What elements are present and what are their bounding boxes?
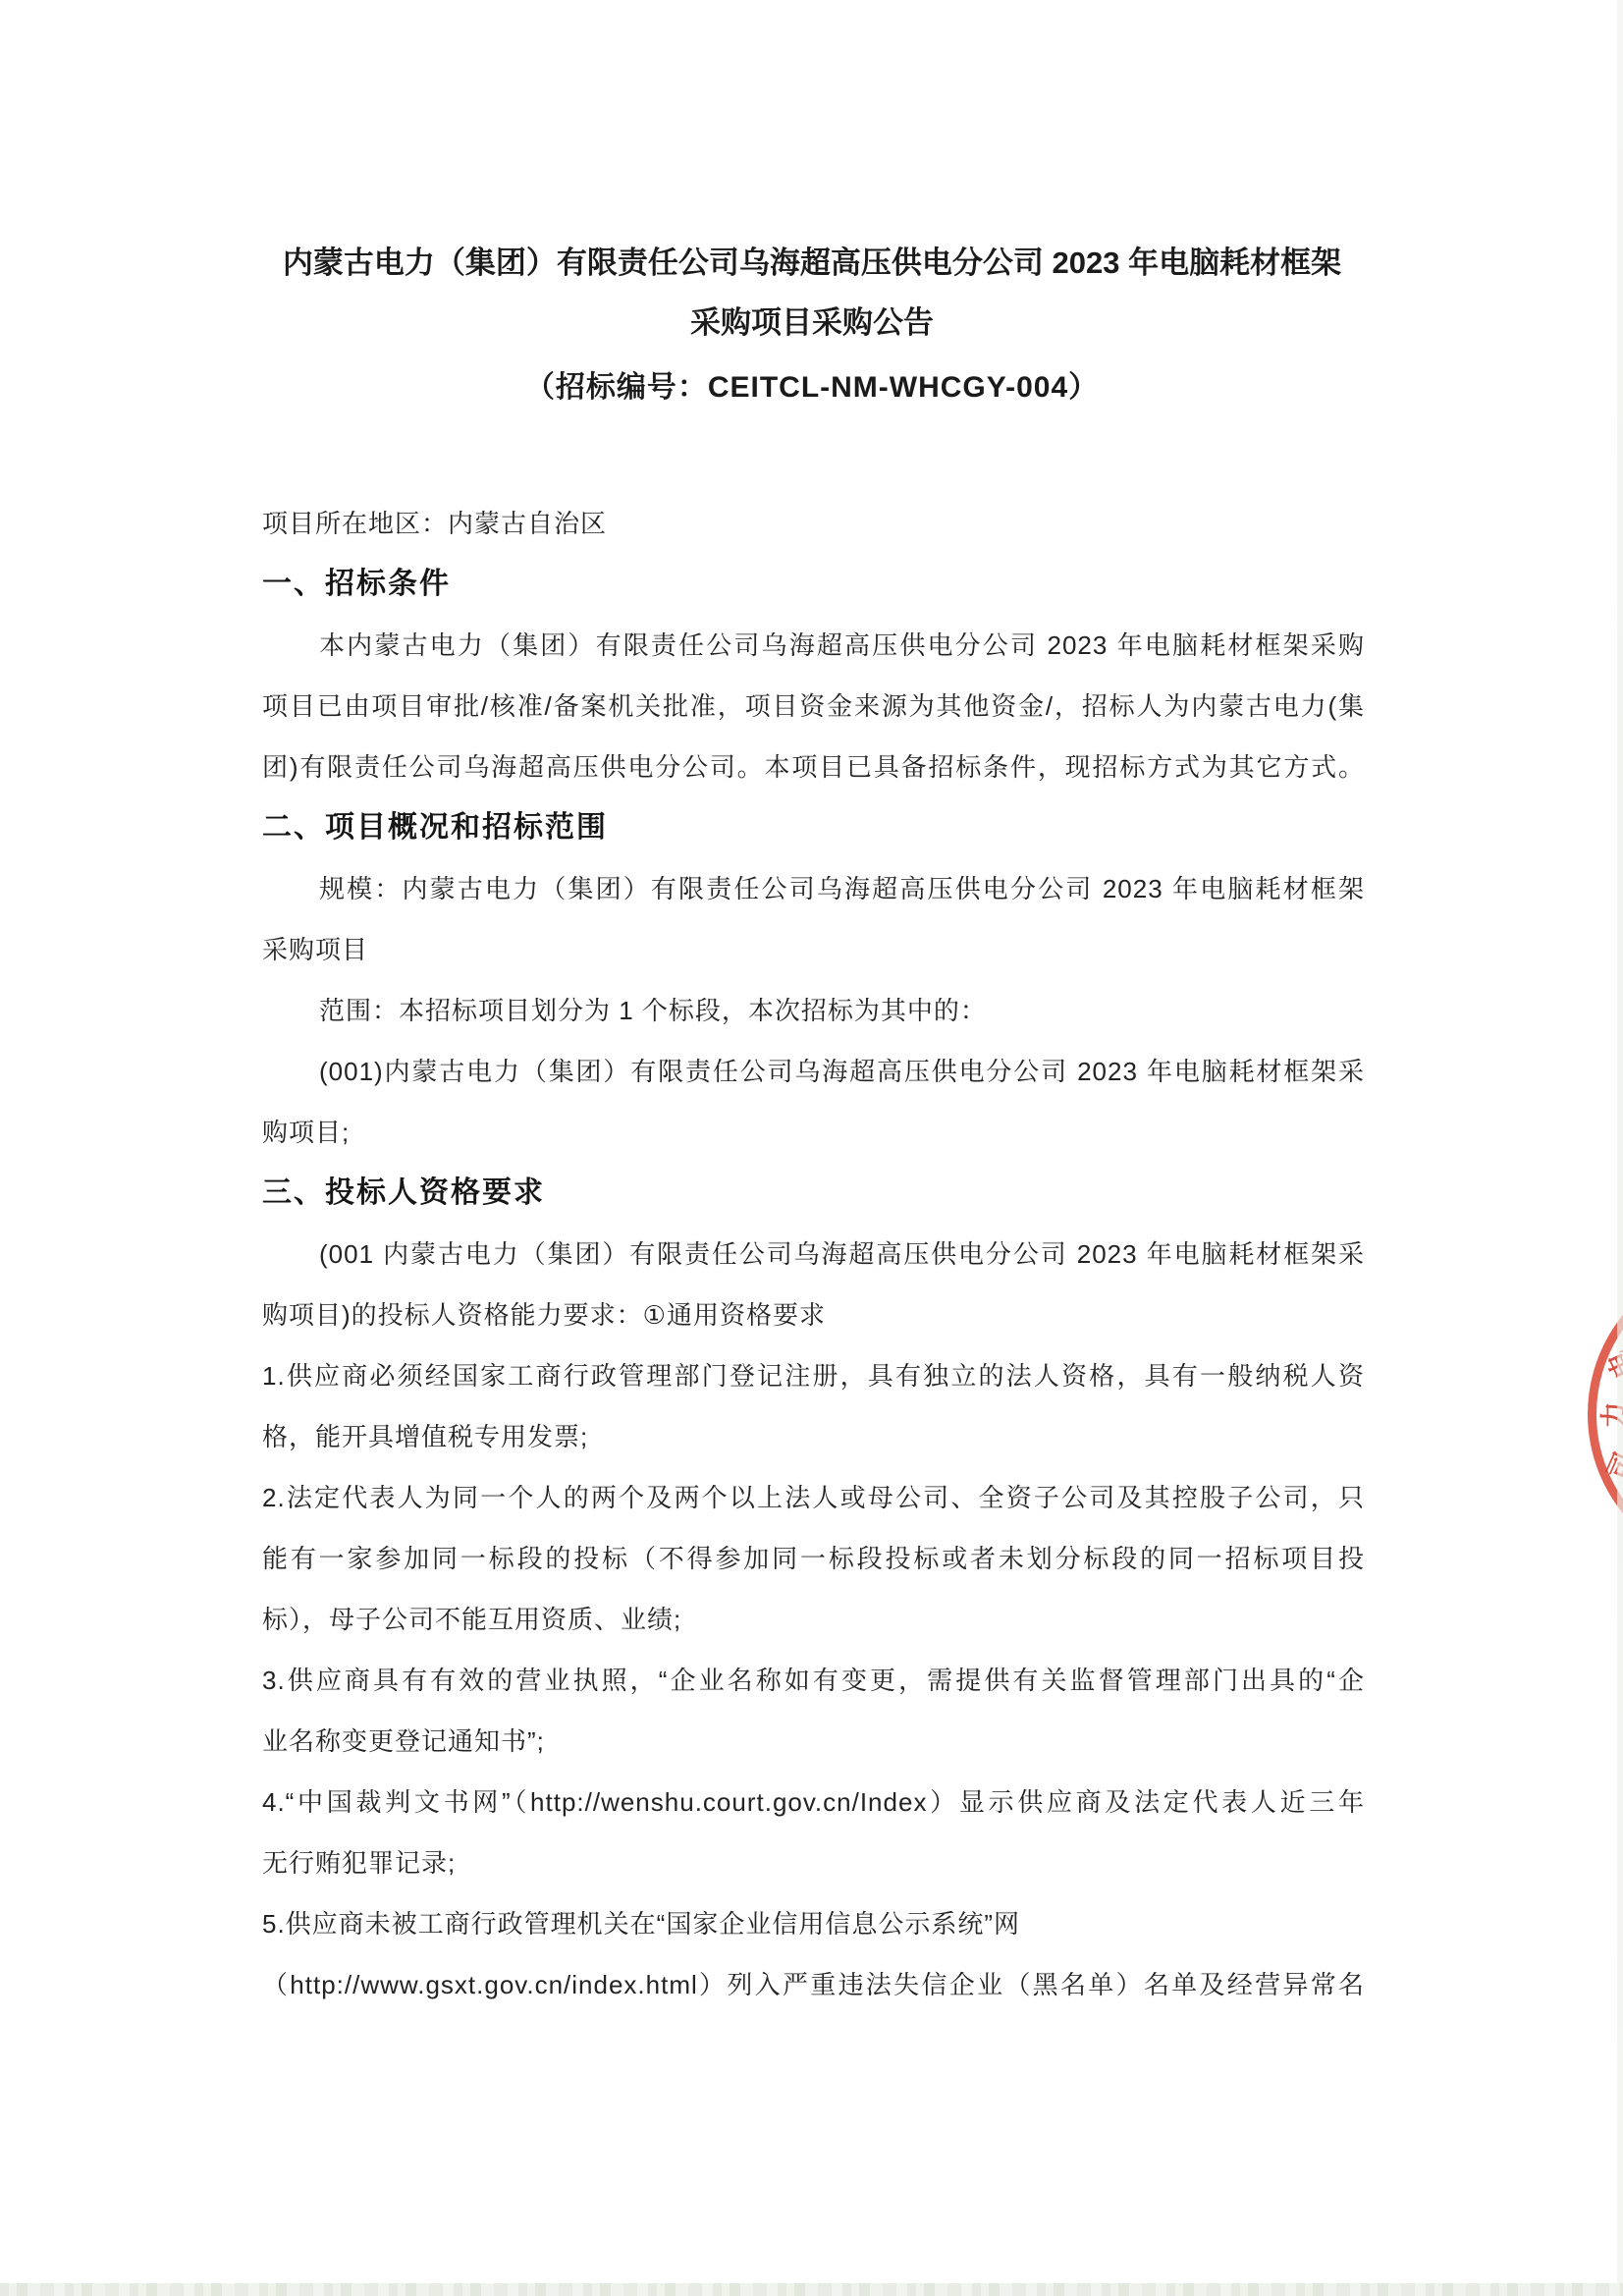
document-title-line-1: 内蒙古电力（集团）有限责任公司乌海超高压供电分公司 2023 年电脑耗材框架 <box>259 236 1365 291</box>
body-line: 三、投标人资格要求 <box>262 1163 1365 1224</box>
body-line: 团)有限责任公司乌海超高压供电分公司。本项目已具备招标条件，现招标方式为其它方式… <box>262 737 1365 797</box>
body-line: 项目已由项目审批/核准/备案机关批准，项目资金来源为其他资金/，招标人为内蒙古电… <box>262 676 1365 737</box>
scan-edge-artifact <box>1617 0 1623 2296</box>
body-line: 格，能开具增值税专用发票; <box>262 1406 1365 1467</box>
scan-noise-band <box>0 2283 1623 2296</box>
body-line: 一、招标条件 <box>262 554 1365 615</box>
body-line: 能有一家参加同一标段的投标（不得参加同一标段投标或者未划分标段的同一招标项目投 <box>262 1528 1365 1589</box>
body-line: 规模：内蒙古电力（集团）有限责任公司乌海超高压供电分公司 2023 年电脑耗材框… <box>262 858 1365 919</box>
body-line: 本内蒙古电力（集团）有限责任公司乌海超高压供电分公司 2023 年电脑耗材框架采… <box>262 615 1365 676</box>
document-body: 项目所在地区：内蒙古自治区一、招标条件本内蒙古电力（集团）有限责任公司乌海超高压… <box>262 493 1365 2015</box>
body-line: （http://www.gsxt.gov.cn/index.html）列入严重违… <box>262 1954 1365 2015</box>
body-line: 2.法定代表人为同一个人的两个及两个以上法人或母公司、全资子公司及其控股子公司，… <box>262 1467 1365 1528</box>
body-line: 1.供应商必须经国家工商行政管理部门登记注册，具有独立的法人资格，具有一般纳税人… <box>262 1345 1365 1406</box>
tender-number-line: （招标编号：CEITCL-NM-WHCGY-004） <box>259 360 1365 415</box>
body-line: (001 内蒙古电力（集团）有限责任公司乌海超高压供电分公司 2023 年电脑耗… <box>262 1224 1365 1285</box>
body-line: 5.供应商未被工商行政管理机关在“国家企业信用信息公示系统”网 <box>262 1893 1365 1954</box>
document-title-line-2: 采购项目采购公告 <box>259 296 1365 351</box>
body-line: 项目所在地区：内蒙古自治区 <box>262 493 1365 554</box>
body-line: 购项目)的投标人资格能力要求：①通用资格要求 <box>262 1285 1365 1345</box>
body-line: 范围：本招标项目划分为 1 个标段，本次招标为其中的： <box>262 980 1365 1041</box>
body-line: 购项目; <box>262 1102 1365 1163</box>
body-line: 3.供应商具有有效的营业执照，“企业名称如有变更，需提供有关监督管理部门出具的“… <box>262 1650 1365 1711</box>
body-line: 业名称变更登记通知书”; <box>262 1711 1365 1772</box>
scanned-document-page: 内蒙古电力（集团）有限责任公司乌海超高压供电分公司 2023 年电脑耗材框架 采… <box>0 0 1623 2296</box>
body-line: 标），母子公司不能互用资质、业绩; <box>262 1589 1365 1650</box>
body-line: (001)内蒙古电力（集团）有限责任公司乌海超高压供电分公司 2023 年电脑耗… <box>262 1041 1365 1102</box>
body-line: 二、项目概况和招标范围 <box>262 797 1365 858</box>
body-line: 4.“中国裁判文书网”（http://wenshu.court.gov.cn/I… <box>262 1772 1365 1832</box>
body-line: 无行贿犯罪记录; <box>262 1832 1365 1893</box>
body-line: 采购项目 <box>262 919 1365 980</box>
